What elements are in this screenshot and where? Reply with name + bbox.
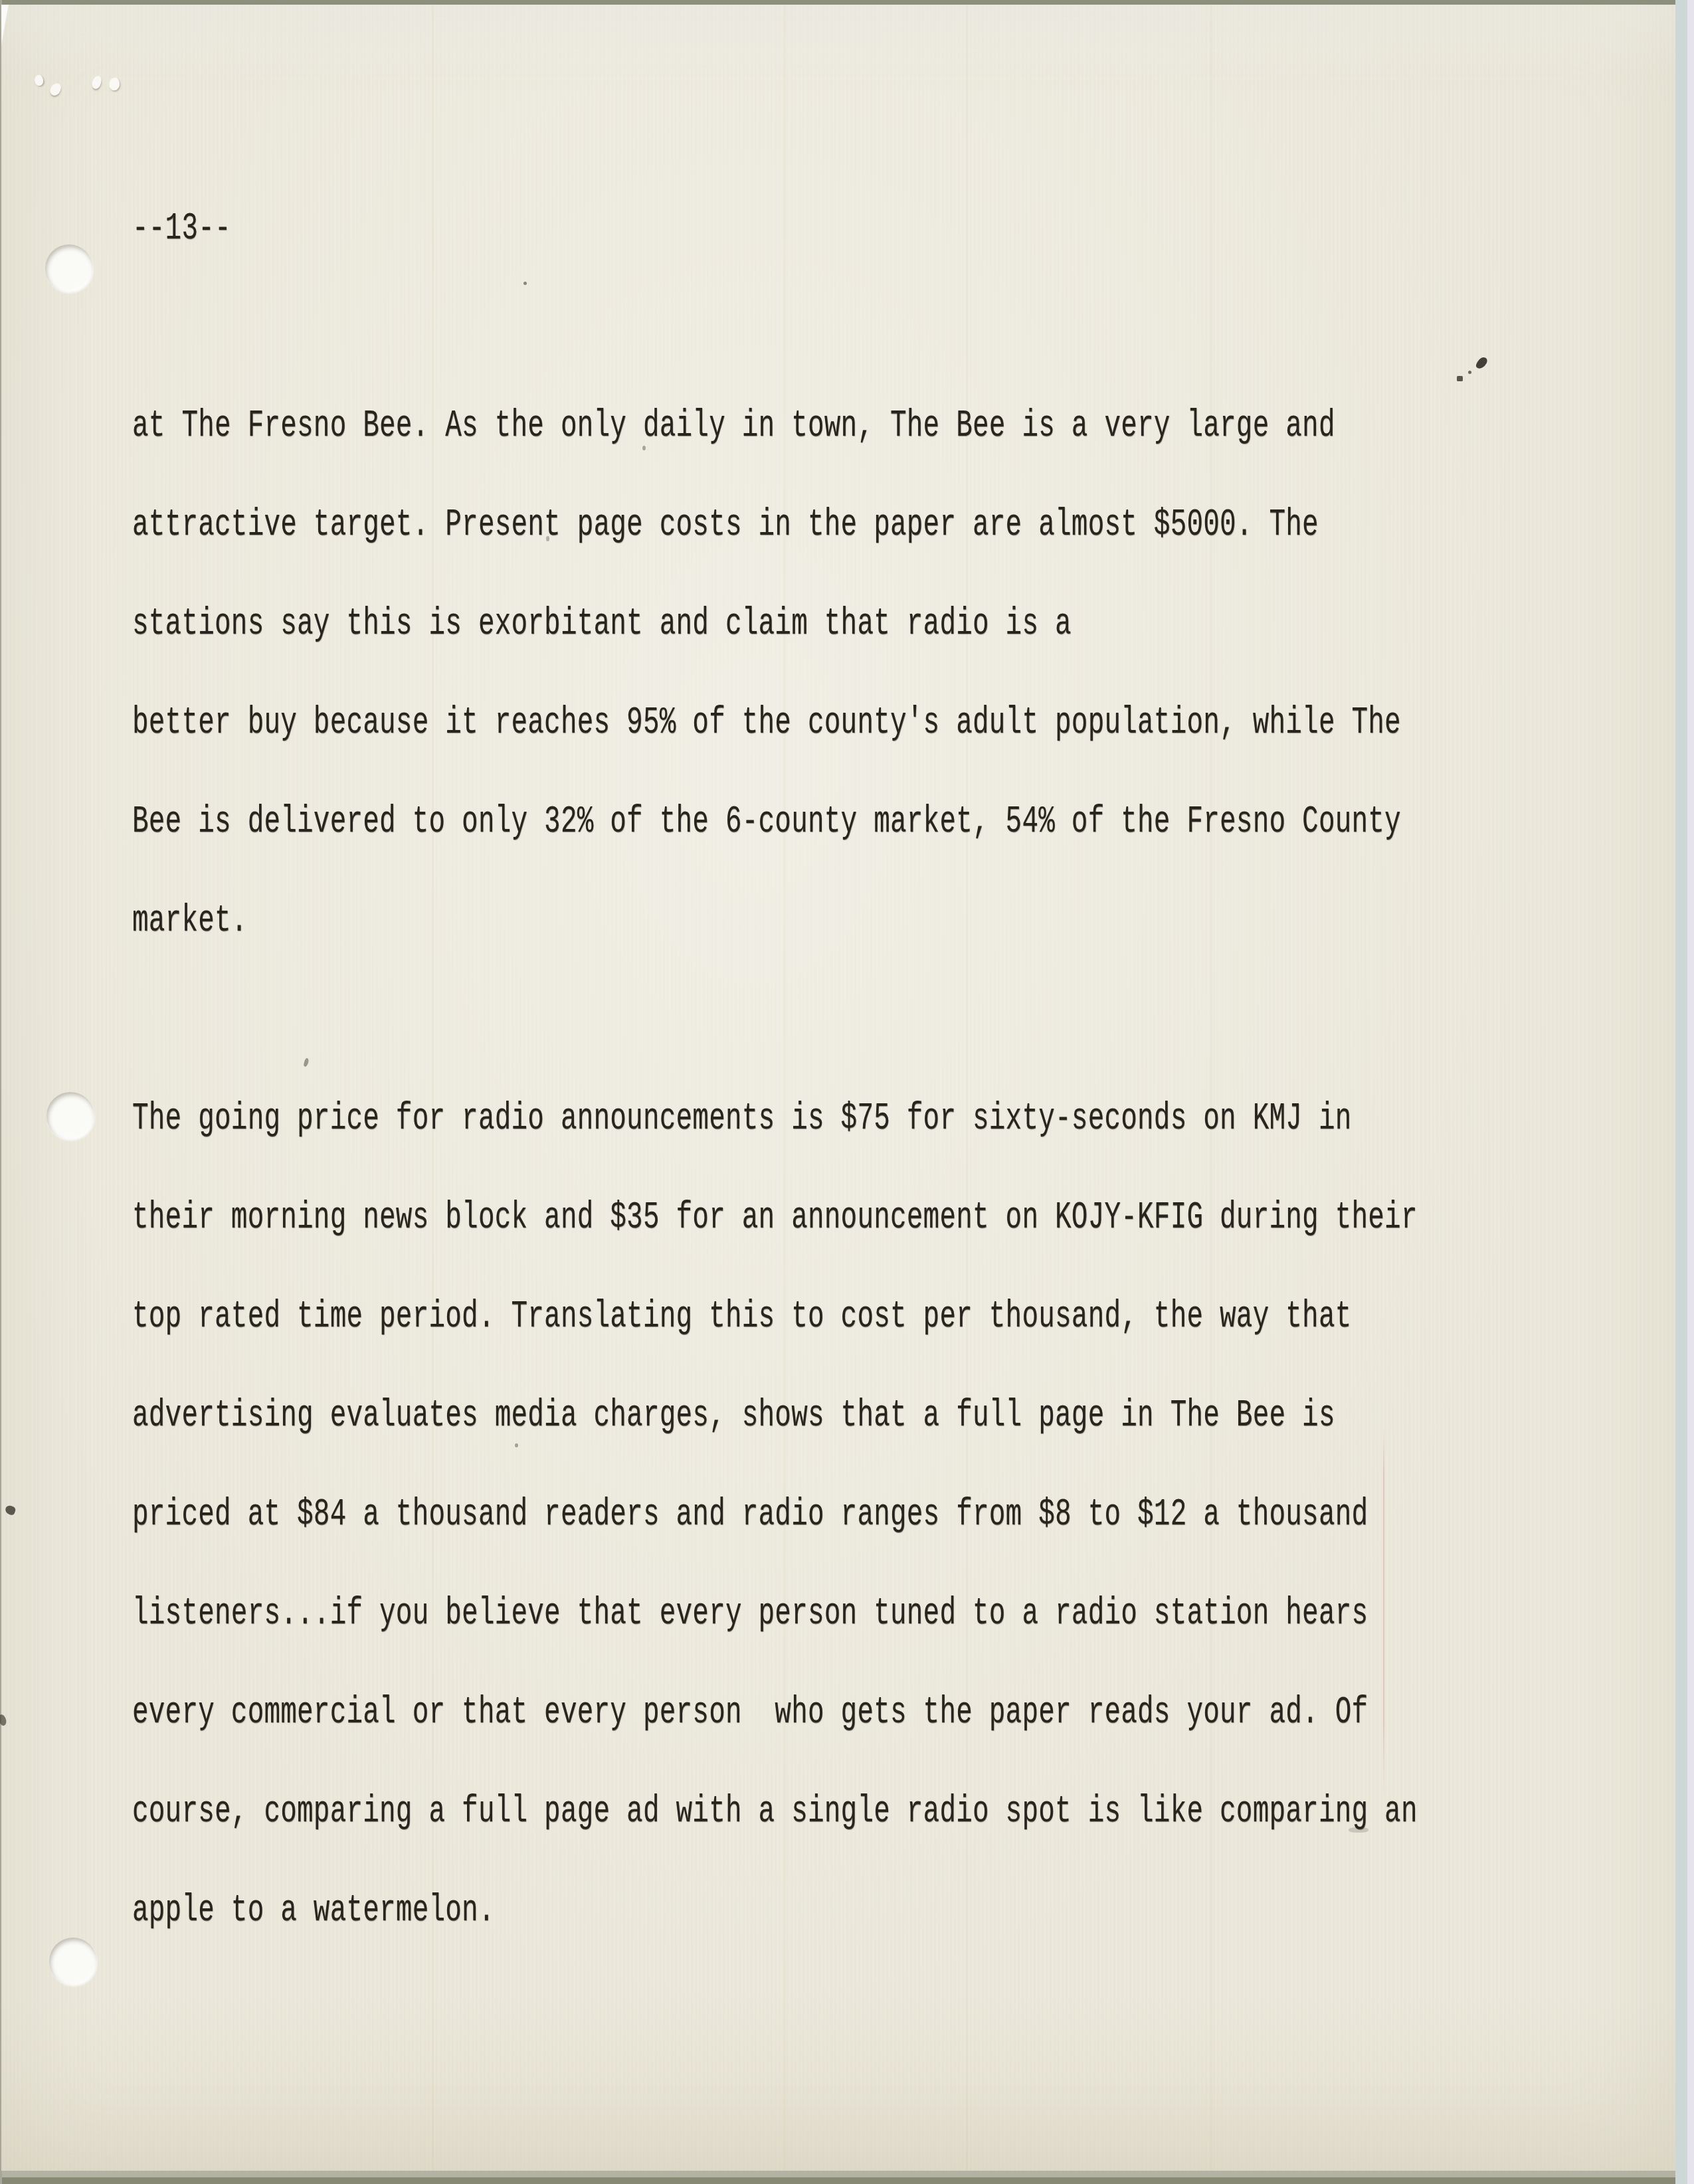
paper-fiber-streak	[1210, 5, 1212, 2171]
text-line: market.	[132, 899, 248, 945]
scan-edge-right-outer	[1687, 0, 1694, 2184]
text-line: at The Fresno Bee. As the only daily in …	[132, 404, 1335, 450]
staple-dent	[108, 77, 120, 91]
edge-ink-mark	[4, 1504, 17, 1516]
page-number: --13--	[132, 207, 231, 253]
paper-fiber-streak	[966, 5, 968, 2171]
ink-speck	[515, 1443, 518, 1447]
text-line: stations say this is exorbitant and clai…	[132, 602, 1072, 648]
paper-corner-fold	[1, 5, 12, 52]
text-line: advertising evaluates media charges, sho…	[132, 1394, 1335, 1440]
paper-fiber-streak	[784, 5, 786, 2171]
text-line: top rated time period. Translating this …	[132, 1295, 1352, 1341]
ink-speck	[304, 1057, 310, 1067]
document-page: --13-- at The Fresno Bee. As the only da…	[1, 5, 1675, 2171]
text-line: better buy because it reaches 95% of the…	[132, 701, 1401, 747]
text-line: Bee is delivered to only 32% of the 6-co…	[132, 800, 1401, 846]
staple-dent	[91, 75, 102, 90]
paper-fiber-streak	[432, 5, 434, 2171]
punch-hole	[47, 1092, 94, 1140]
text-line: attractive target. Present page costs in…	[132, 503, 1319, 549]
ink-speck	[523, 282, 527, 285]
ink-speck	[1468, 371, 1471, 374]
scan-edge-bottom	[0, 2177, 1694, 2184]
edge-ink-mark	[0, 1714, 7, 1726]
ink-speck	[1475, 355, 1488, 371]
ink-speck	[1457, 376, 1463, 381]
punch-hole	[49, 1938, 97, 1985]
staple-dent	[48, 82, 62, 97]
staple-dent	[33, 74, 45, 87]
punch-hole	[45, 244, 93, 292]
text-line: priced at $84 a thousand readers and rad…	[132, 1493, 1368, 1539]
text-line: listeners...if you believe that every pe…	[132, 1592, 1368, 1638]
text-line: course, comparing a full page ad with a …	[132, 1789, 1418, 1836]
scan-edge-right-inner	[1675, 0, 1687, 2184]
text-line: their morning news block and $35 for an …	[132, 1196, 1418, 1242]
text-line: The going price for radio announcements …	[132, 1097, 1352, 1143]
paper-crease-line	[1383, 1428, 1384, 1800]
text-line: apple to a watermelon.	[132, 1888, 495, 1935]
scanned-document: { "page": { "number": "--13--", "ink_col…	[0, 0, 1694, 2184]
text-line: every commercial or that every person wh…	[132, 1690, 1368, 1737]
